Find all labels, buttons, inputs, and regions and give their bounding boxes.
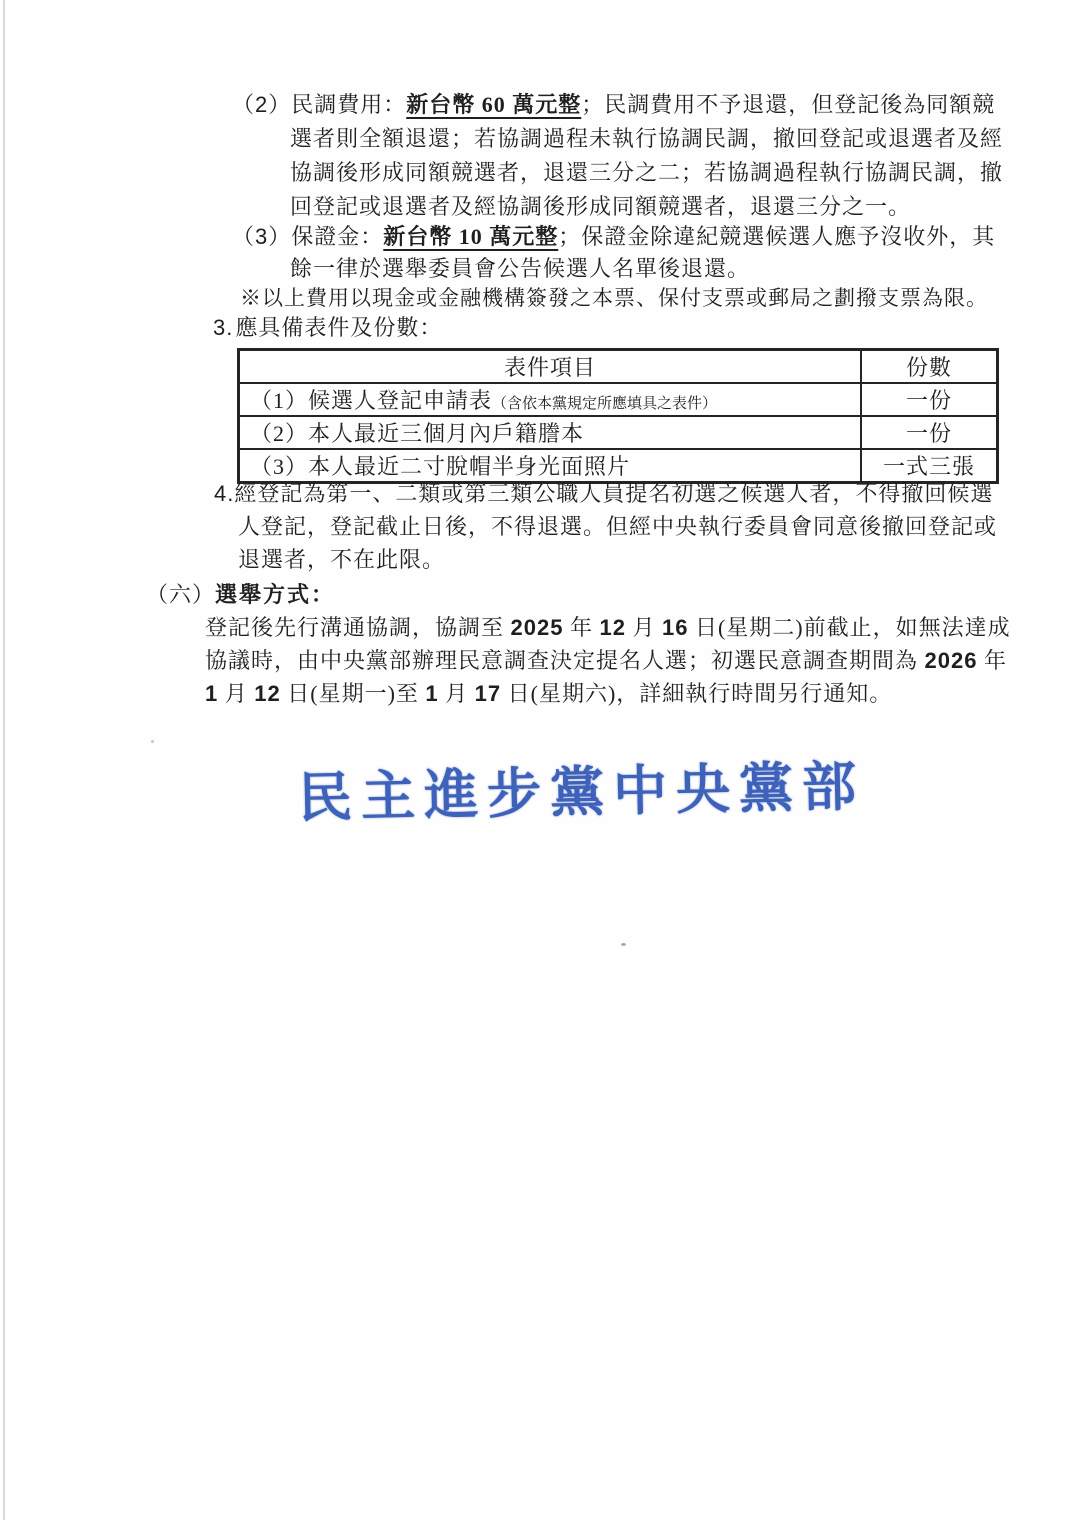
table-cell-copies: 一份 [861,416,998,449]
table-cell-copies: 一份 [861,383,998,416]
fee-item-polling-cost: （2）民調費用：新台幣 60 萬元整；民調費用不予退還，但登記後為同額競選者則全… [232,88,1010,224]
list-number: 4. [214,481,234,506]
month-value: 12 [599,615,625,640]
section-six-heading: （六）選舉方式： [146,578,335,612]
column-header-copies: 份數 [861,350,998,384]
table-row: （1）候選人登記申請表（含依本黨規定所應填具之表件） 一份 [239,383,998,416]
scanned-document-page: （2）民調費用：新台幣 60 萬元整；民調費用不予退還，但登記後為同額競選者則全… [0,0,1076,1520]
para-text: 月 [626,615,662,640]
table-cell-item: （1）候選人登記申請表（含依本黨規定所應填具之表件） [239,383,862,416]
table-row: （2）本人最近三個月內戶籍謄本 一份 [239,416,998,449]
form-item-text: （3）本人最近二寸脫帽半身光面照片 [250,454,630,479]
rule-text: 經登記為第一、二類或第三類公職人員提名初選之候選人者，不得撤回候選人登記，登記截… [234,481,997,572]
list-number: 3. [213,315,233,340]
section-number: （六） [146,582,215,607]
section-title: 選舉方式： [215,582,335,607]
fee-label: 保證金： [291,224,383,249]
para-text: 日(星期六)，詳細執行時間另行通知。 [501,681,892,706]
fee-item-deposit: （3）保證金：新台幣 10 萬元整；保證金除違紀競選候選人應予沒收外，其餘一律於… [232,221,1010,285]
withdrawal-rule-item: 4.經登記為第一、二類或第三類公職人員提名初選之候選人者，不得撤回候選人登記，登… [214,477,1016,576]
form-item-text: （1）候選人登記申請表 [250,388,492,413]
forms-table: 表件項目 份數 （1）候選人登記申請表（含依本黨規定所應填具之表件） 一份 （2… [237,348,999,484]
day-value: 12 [254,681,280,706]
payment-method-note: ※以上費用以現金或金融機構簽發之本票、保付支票或郵局之劃撥支票為限。 [240,281,1030,315]
form-item-note: （含依本黨規定所應填具之表件） [492,396,717,412]
election-method-paragraph: 登記後先行溝通協調，協調至 2025 年 12 月 16 日(星期二)前截止，如… [205,611,1011,710]
year-value: 2025 [511,615,564,640]
para-text: 月 [218,681,254,706]
para-text: 年 [977,648,1007,673]
scan-speck [621,943,626,946]
column-header-item: 表件項目 [239,350,862,384]
day-value: 17 [475,681,501,706]
month-value: 1 [425,681,438,706]
scan-speck [151,740,154,743]
para-text: 月 [439,681,475,706]
table-header-row: 表件項目 份數 [239,350,998,384]
year-value: 2026 [925,648,978,673]
list-number: （2） [232,92,291,117]
list-number: （3） [232,224,291,249]
required-forms-heading: 3.應具備表件及份數： [213,311,442,345]
fee-amount-underlined: 新台幣 10 萬元整 [383,224,558,249]
para-text: 日(星期一)至 [281,681,426,706]
month-value: 1 [205,681,218,706]
heading-text: 應具備表件及份數： [235,315,442,340]
fee-amount-underlined: 新台幣 60 萬元整 [406,92,581,117]
form-item-text: （2）本人最近三個月內戶籍謄本 [250,421,584,446]
para-text: 登記後先行溝通協調，協調至 [205,615,511,640]
day-value: 16 [662,615,688,640]
table-cell-item: （2）本人最近三個月內戶籍謄本 [239,416,862,449]
scan-page-edge [3,0,5,1520]
fee-label: 民調費用： [291,92,406,117]
para-text: 年 [563,615,599,640]
party-headquarters-stamp: 民主進步黨中央黨部 [297,744,828,832]
